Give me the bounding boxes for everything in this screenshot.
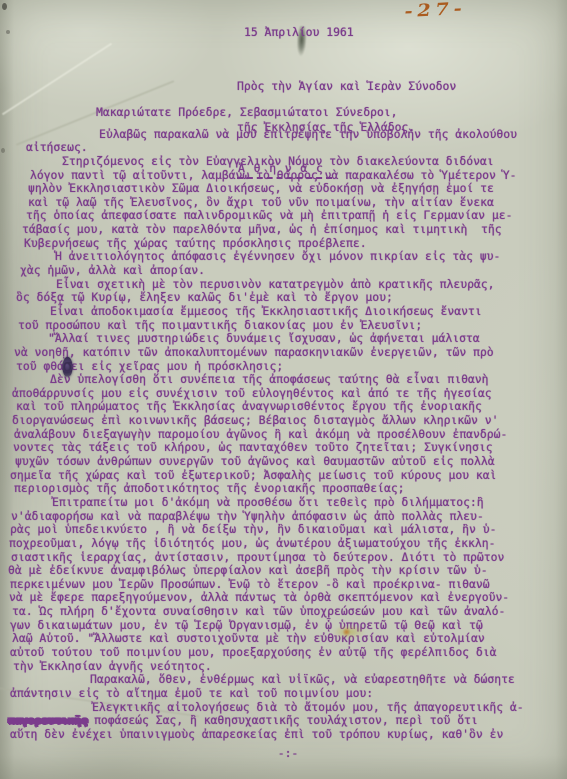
typed-line: Εὐλαβῶς παρακαλῶ νὰ μοῦ ἐπιτρέψητε τὴν ὑ… bbox=[99, 128, 567, 142]
typed-line: Εἶναι ἀποδοκιμασία ἔμμεσος τῆς Ἐκκλησιασ… bbox=[50, 305, 567, 319]
typed-line: ψυχῶν τόσων ἀνθρώπων συνεργῶν τοῦ ἀγῶνος… bbox=[15, 455, 567, 469]
typed-line: "Ἄλλαί τινες μυστηριώδεις δυνάμεις ἴσχυσ… bbox=[48, 332, 567, 346]
typed-line: ψηλὸν Ἐκκλησιαστικὸν Σῶμα Διοικήσεως, νὰ… bbox=[28, 182, 567, 196]
typed-line: ν'ἀδιαφορήσω καὶ νὰ παραβλέψω τὴν Ὑψηλὴν… bbox=[11, 510, 567, 524]
typed-line: παγορευτικῆς ποφάσεώς Σας, ἢ καθησυχαστι… bbox=[8, 714, 567, 728]
typed-line: περκειμένων μου Ἱερῶν Προσώπων. Ἐνῷ τὸ ἕ… bbox=[10, 578, 567, 592]
typed-line: περιορισμὸς τῆς ἀποδοτικότητος τῆς ἐνορι… bbox=[14, 482, 567, 496]
typed-line: διοργανώσεως ἐπὶ κοινωνικῆς βάσεως; Βέβα… bbox=[12, 414, 567, 428]
typed-line: σημεῖα τῆς χώρας καὶ τοῦ ἐξωτερικοῦ; Ἀσφ… bbox=[10, 469, 567, 483]
typed-line: ἀναλάβουν διεξαγωγὴν παρομοίου ἀγῶνος ἢ … bbox=[14, 428, 567, 442]
typed-line: τὴν Ἐκκλησίαν ἁγνῆς νεότητος. bbox=[13, 660, 567, 674]
typed-line: νὰ νοηθῇ, κατόπιν τῶν ἀποκαλυπτομένων πα… bbox=[14, 346, 567, 360]
date-line: 15 Ἀπριλίου 1961 bbox=[244, 26, 354, 39]
stain-orange-dot bbox=[343, 628, 350, 636]
typed-line: σιαστικῆς ἱεραρχίας, ἀντίστασιν, προυτίμ… bbox=[11, 551, 567, 565]
salutation-line: Μακαριώτατε Πρόεδρε, Σεβασμιώτατοι Σύνεδ… bbox=[96, 106, 567, 120]
page-footer-mark: -:- bbox=[258, 747, 318, 760]
typed-line: Ἐλεγκτικῆς αἰτολογήσεως διὰ τὸ ἄτομόν μο… bbox=[92, 701, 567, 715]
typed-line: τοῦ προσώπου καὶ τῆς ποιμαντικῆς διακονί… bbox=[18, 319, 567, 333]
typed-line: τα. Ὡς πλήρη δ'ἔχοντα συναίσθησιν καὶ τῶ… bbox=[12, 605, 567, 619]
paper-speck bbox=[6, 30, 10, 34]
typed-line: τοῦ φθάσει εἰς χεῖρας μου ἡ πρόσκλησις; bbox=[16, 360, 567, 374]
paper-speck bbox=[2, 3, 7, 10]
typed-line: αὐτοῦ τούτου τοῦ ποιμνίου μου, προεξαρχο… bbox=[10, 646, 567, 660]
recipient-line-1: Πρὸς τὴν Ἁγίαν καὶ Ἱερὰν Σύνοδον bbox=[237, 80, 456, 94]
typed-line: νὰ μὲ ἔφερε παρεξηγούμενον, ἀλλὰ πάντως … bbox=[9, 591, 567, 605]
struck-out-word: παγορευτικῆς bbox=[8, 714, 87, 727]
typed-line: θὰ μὲ ἐδείκνυε ἀναμφιβόλως ὑπερφίαλον κα… bbox=[8, 564, 567, 578]
typed-line: Δὲν ὑπελογίσθη ὅτι συνέπεια τῆς ἀποφάσεω… bbox=[50, 373, 567, 387]
typed-line: Κυβερνήσεως τῆς χώρας ταύτης πρόσκλησις … bbox=[24, 237, 567, 251]
typed-line: ὃς δόξᾳ τῷ Κυρίῳ, ἔληξεν καλῶς δι'ἐμὲ κα… bbox=[16, 291, 567, 305]
typed-line: νοντες τὰς τάξεις τοῦ κλήρου, ὡς πανταχό… bbox=[13, 441, 567, 455]
typed-line: καὶ τῷ λαῷ τῆς Ἐλευσῖνος, ὃν ἄχρι τοῦ νῦ… bbox=[28, 196, 567, 210]
paper-crease bbox=[2, 43, 112, 115]
typed-line: ἀπάντησιν εἰς τὸ αἴτημα ἐμοῦ τε καὶ τοῦ … bbox=[10, 687, 567, 701]
typed-line: ποχρεοῦμαι, λόγῳ τῆς ἰδιότητός μου, ὡς ἀ… bbox=[9, 537, 567, 551]
typed-line: ρὰς μοὶ ὑπεδεικνύετο , ἢ νὰ δείξω τὴν, ἣ… bbox=[10, 523, 567, 537]
typed-line: ἀποθάρρυνσίς μου εἰς συνέχισιν τοῦ εὐλογ… bbox=[12, 387, 567, 401]
typed-line: λαῷ Αὐτοῦ. "Ἄλλωστε καὶ συστοιχοῦντα μὲ … bbox=[12, 632, 567, 646]
typed-line: Ἐπιτραπείτω μοι δ'ἀκόμη νὰ προσθέσω ὅτι … bbox=[52, 496, 567, 510]
handwritten-page-number: -27- bbox=[404, 0, 467, 22]
ink-blot-character: σ bbox=[62, 356, 72, 376]
typed-line: καὶ τοῦ πληρώματος τῆς Ἐκκλησίας ἀναγνωρ… bbox=[16, 400, 567, 414]
typed-line: αὕτη δὲν ἐνέχει ὑπαινιγμοὺς ἀπαρεσκείας … bbox=[10, 728, 567, 742]
letter-body: Μακαριώτατε Πρόεδρε, Σεβασμιώτατοι Σύνεδ… bbox=[0, 106, 567, 741]
typed-line: Παρακαλῶ, ὅθεν, ἐνθέρμως καὶ υἱϊκῶς, νὰ … bbox=[90, 673, 567, 687]
typed-line: λόγον παντὶ τῷ αἰτοῦντι, λαμβάνω τὸ θάρρ… bbox=[30, 169, 567, 183]
typed-line: Εἶναι σχετικὴ μὲ τὸν περυσινὸν κατατρεγμ… bbox=[56, 278, 567, 292]
typed-line: Ἡ ἀνειτιολόγητος ἀπόφασις ἐγέννησεν ὄχι … bbox=[55, 250, 567, 264]
typed-line: τῆς ὁποίας ἀπεφασίσατε παλινδρομικῶς νὰ … bbox=[26, 209, 567, 223]
typed-line: γων δικαιωμάτων μου, ἐν τῷ Ἱερῷ Ὀργανισμ… bbox=[10, 619, 567, 633]
document-page: -27- 15 Ἀπριλίου 1961 Πρὸς τὴν Ἁγίαν καὶ… bbox=[0, 0, 567, 779]
typed-line: χὰς ἡμῶν, ἀλλὰ καὶ ἀπορίαν. bbox=[20, 264, 567, 278]
typed-line: αἰτήσεως. bbox=[26, 141, 567, 155]
typed-line: Στηριζόμενος εἰς τὸν Εὐαγγελικὸν Νόμον τ… bbox=[62, 155, 567, 169]
typed-line: τάβασίς μου, κατὰ τὸν παρελθόντα μῆνα, ὡ… bbox=[22, 223, 567, 237]
